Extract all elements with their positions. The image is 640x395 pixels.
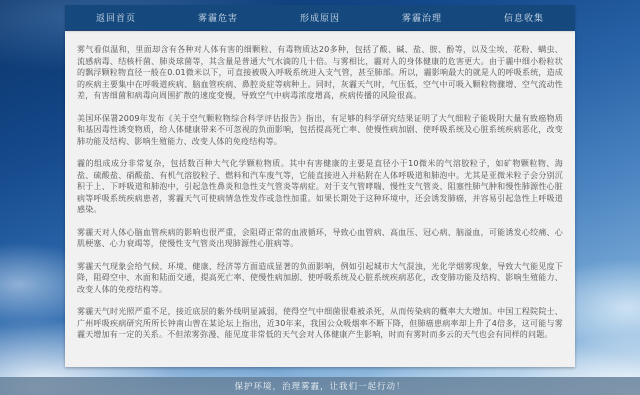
footer-slogan: 保护环境，治理雾霾，让我们一起行动！ <box>234 380 405 392</box>
paragraph-epa-report: 美国环保署2009年发布《关于空气颗粒物综合科学评估报告》指出，有足够的科学研究… <box>77 113 563 148</box>
paragraph-fog-toxic-particles: 雾气看似温和，里面却含有各种对人体有害的细颗粒、有毒物质达20多种，包括了酸、碱… <box>77 44 563 102</box>
nav-item-smog-hazards[interactable]: 雾霾危害 <box>198 11 238 24</box>
paragraph-climate-economy-effects: 雾霾天气现象会给气候、环境、健康、经济等方面造成显著的负面影响，例如引起城市大气… <box>77 261 563 296</box>
nav-item-home[interactable]: 返回首页 <box>96 11 136 24</box>
footer-slogan-bar: 保护环境，治理雾霾，让我们一起行动！ <box>0 377 640 395</box>
nav-item-smog-treatment[interactable]: 雾霾治理 <box>402 11 442 24</box>
nav-item-formation-causes[interactable]: 形成原因 <box>300 11 340 24</box>
paragraph-uv-lung-cancer: 雾霾天气时光照严重不足，接近底层的紫外线明显减弱，使得空气中细菌很难被杀死，从而… <box>77 306 563 341</box>
article-content-card: 雾气看似温和，里面却含有各种对人体有害的细颗粒、有毒物质达20多种，包括了酸、碱… <box>65 31 575 367</box>
nav-item-info-collection[interactable]: 信息收集 <box>504 11 544 24</box>
paragraph-haze-composition: 霾的组成成分非常复杂，包括数百种大气化学颗粒物质。其中有害健康的主要是直径小于1… <box>77 158 563 216</box>
paragraph-cardiovascular-effects: 雾霾天对人体心脑血管疾病的影响也很严重，会阻碍正常的血液循环，导致心血管病、高血… <box>77 227 563 250</box>
top-navigation-bar: 返回首页 雾霾危害 形成原因 雾霾治理 信息收集 <box>65 5 575 30</box>
